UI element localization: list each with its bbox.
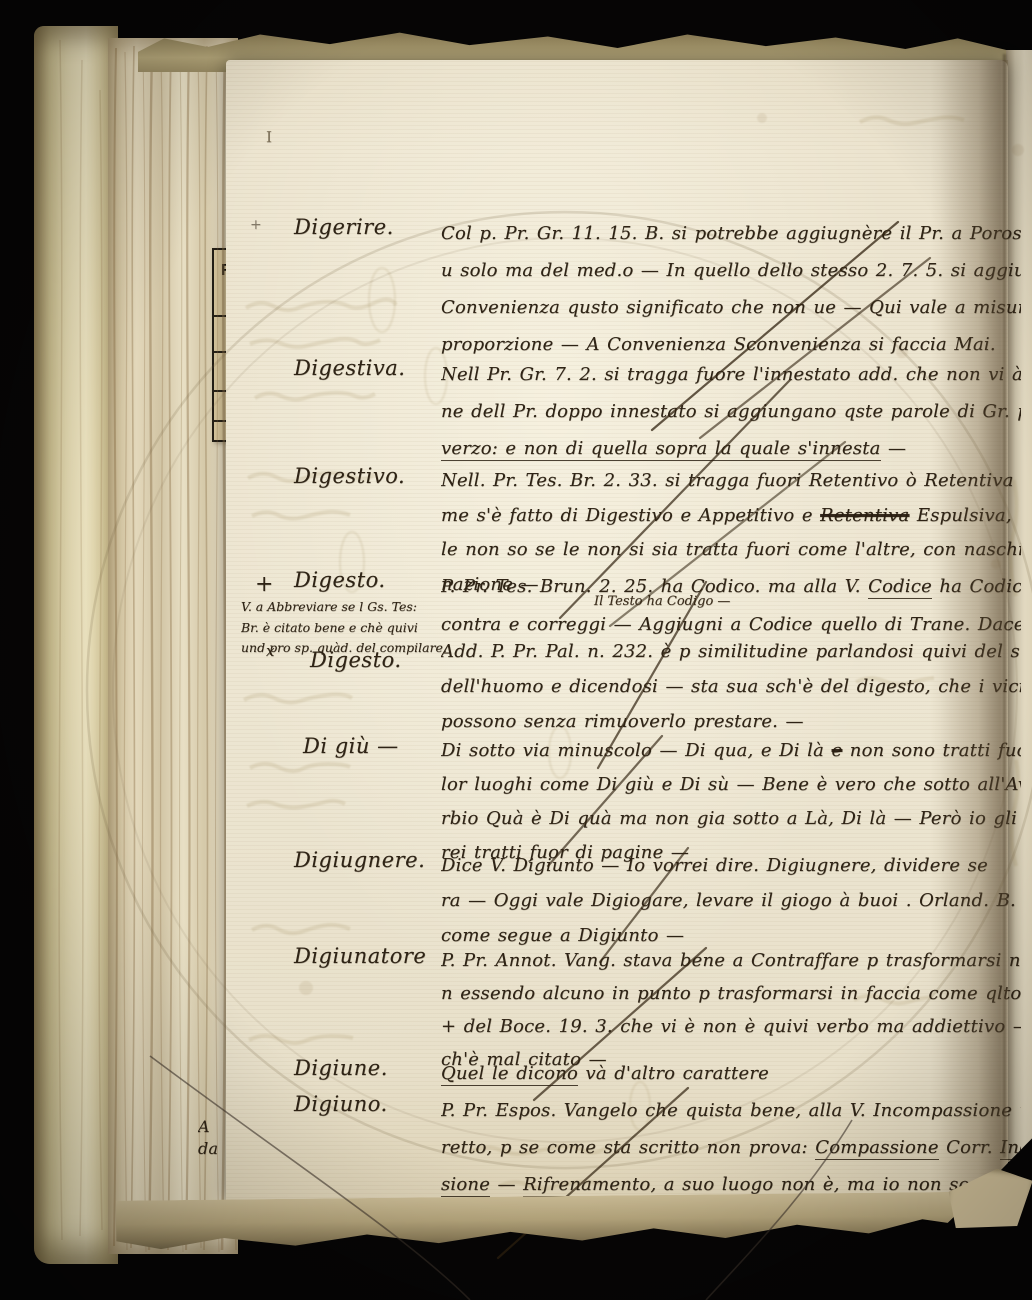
entry-headword: Digestivo. <box>294 464 405 488</box>
manuscript-line: Convenienza qusto significato che non ue… <box>441 289 1021 326</box>
interline-note: Il Testo ha Codigo — <box>594 594 730 609</box>
folio-mark: I <box>266 128 272 146</box>
manuscript-line: le non so se le non si sia tratta fuori … <box>441 533 1021 568</box>
entry-headword: Digesto. <box>310 648 402 672</box>
entry-headword: Digerire. <box>294 215 394 239</box>
manuscript-line: da <box>198 1138 218 1160</box>
entry-body: Nell Pr. Gr. 7. 2. si tragga fuore l'inn… <box>441 356 1021 467</box>
page-content: I + Digerire. Col p. Pr. Gr. 11. 15. B. … <box>0 0 1032 1300</box>
entry-headword: Digiunatore <box>294 944 426 968</box>
manuscript-line: Col p. Pr. Gr. 11. 15. B. si potrebbe ag… <box>441 215 1021 252</box>
manuscript-line: Nell. Pr. Tes. Br. 2. 33. si tragga fuor… <box>441 464 1021 499</box>
entry-marker: x <box>266 642 274 660</box>
entry-body: Dice V. Digiunto — Io vorrei dire. Digiu… <box>441 848 1021 953</box>
manuscript-line: A <box>198 1116 218 1138</box>
manuscript-line: P. Pr. Annot. Vang. stava bene a Contraf… <box>441 944 1021 977</box>
manuscript-line: Quel le dicono và d'altro carattere <box>441 1056 1021 1092</box>
margin-note-bottom: Ada <box>198 1116 218 1160</box>
manuscript-photo: R <box>0 0 1032 1300</box>
entry-body: P. Pr. Tes. Brun. 2. 25. ha Codico. ma a… <box>441 568 1021 644</box>
manuscript-line: Add. P. Pr. Pal. n. 232. è p similitudin… <box>441 634 1021 669</box>
manuscript-line: Br. è citato bene e chè quivi <box>241 618 456 639</box>
manuscript-line: Dice V. Digiunto — Io vorrei dire. Digiu… <box>441 848 1021 883</box>
manuscript-line: P. Pr. Espos. Vangelo che quista bene, a… <box>441 1092 1021 1129</box>
entry-body: Col p. Pr. Gr. 11. 15. B. si potrebbe ag… <box>441 215 1021 363</box>
manuscript-line: u solo ma del med.o — In quello dello st… <box>441 252 1021 289</box>
manuscript-line: retto, p se come sta scritto non prova: … <box>441 1129 1021 1166</box>
manuscript-line: V. a Abbreviare se l Gs. Tes: <box>241 597 456 618</box>
manuscript-line: + del Boce. 19. 3. che vi è non è quivi … <box>441 1010 1021 1043</box>
entry-marker: + <box>255 572 273 597</box>
entry-headword: Digestiva. <box>294 356 405 380</box>
manuscript-line: Di sotto via minuscolo — Di qua, e Di là… <box>441 734 1021 768</box>
manuscript-line: lor luoghi come Di giù e Di sù — Bene è … <box>441 768 1021 802</box>
entry-marker: + <box>250 217 262 233</box>
entry-headword: Digesto. <box>294 568 386 592</box>
manuscript-line: rbio Quà è Di quà ma non gia sotto a Là,… <box>441 802 1021 836</box>
manuscript-line: ra — Oggi vale Digiogare, levare il giog… <box>441 883 1021 918</box>
entry-headword: Digiune. <box>294 1056 388 1080</box>
entry-headword: Di giù — <box>303 734 399 758</box>
entry-body: P. Pr. Espos. Vangelo che quista bene, a… <box>441 1092 1021 1203</box>
manuscript-line: verzo: e non di quella sopra la quale s'… <box>441 430 1021 467</box>
manuscript-line: P. Pr. Tes. Brun. 2. 25. ha Codico. ma a… <box>441 568 1021 606</box>
manuscript-line: n essendo alcuno in punto p trasformarsi… <box>441 977 1021 1010</box>
entry-body: Quel le dicono và d'altro carattere <box>441 1056 1021 1092</box>
manuscript-line: dell'huomo e dicendosi — sta sua sch'è d… <box>441 669 1021 704</box>
manuscript-line: me s'è fatto di Digestivo e Appetitivo e… <box>441 499 1021 534</box>
manuscript-line: Nell Pr. Gr. 7. 2. si tragga fuore l'inn… <box>441 356 1021 393</box>
entry-headword: Digiuno. <box>294 1092 388 1116</box>
entry-body: Add. P. Pr. Pal. n. 232. è p similitudin… <box>441 634 1021 739</box>
entry-headword: Digiugnere. <box>294 848 425 872</box>
manuscript-line: ne dell Pr. doppo innestato si aggiungan… <box>441 393 1021 430</box>
